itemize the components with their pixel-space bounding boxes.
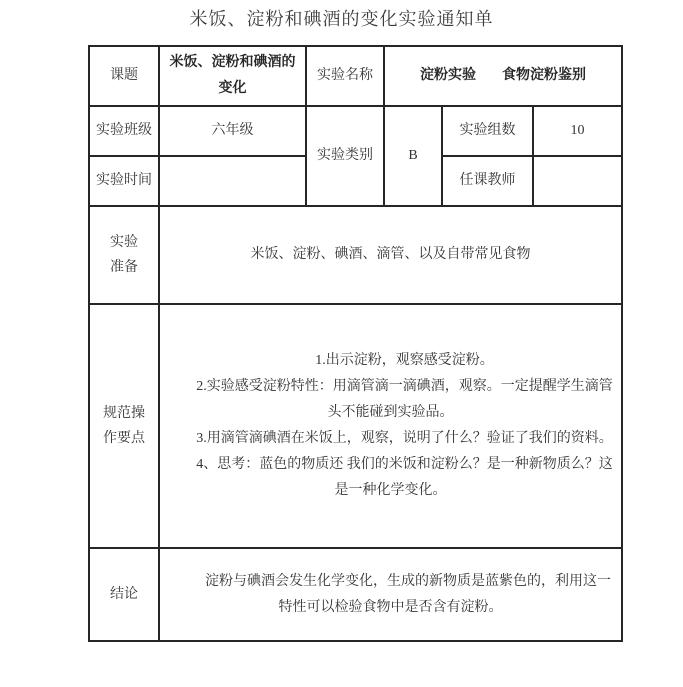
row-preparation: 实验 准备 米饭、淀粉、碘酒、滴管、以及自带常见食物 xyxy=(89,206,622,304)
document-page: 米饭、淀粉和碘酒的变化实验通知单 课题 米饭、淀粉和碘酒的变化 实验名称 淀粉实… xyxy=(0,0,683,687)
exp-name-label-cell: 实验名称 xyxy=(306,46,384,106)
class-value-cell: 六年级 xyxy=(159,106,306,156)
procedure-item: 2.实验感受淀粉特性：用滴管滴一滴碘酒，观察。一定提醒学生滴管头不能碰到实验品。 xyxy=(164,374,617,426)
procedure-item: 4、思考：蓝色的物质还 我们的米饭和淀粉么？是一种新物质么？这是一种化学变化。 xyxy=(164,452,617,504)
prep-label-cell: 实验 准备 xyxy=(89,206,159,304)
time-label-cell: 实验时间 xyxy=(89,156,159,206)
document-title: 米饭、淀粉和碘酒的变化实验通知单 xyxy=(0,5,683,31)
time-value-cell xyxy=(159,156,306,206)
procedure-content-cell: 1.出示淀粉，观察感受淀粉。 2.实验感受淀粉特性：用滴管滴一滴碘酒，观察。一定… xyxy=(159,304,622,548)
category-label-cell: 实验类别 xyxy=(306,106,384,206)
groups-value-cell: 10 xyxy=(533,106,622,156)
exp-name-value-1: 淀粉实验 xyxy=(420,68,476,83)
exp-name-value-2: 食物淀粉鉴别 xyxy=(502,68,586,83)
conclusion-label-cell: 结论 xyxy=(89,548,159,641)
topic-label-cell: 课题 xyxy=(89,46,159,106)
conclusion-content-cell: 淀粉与碘酒会发生化学变化，生成的新物质是蓝紫色的，利用这一特性可以检验食物中是否… xyxy=(159,548,622,641)
procedure-item: 3.用滴管滴碘酒在米饭上，观察，说明了什么？验证了我们的资料。 xyxy=(164,426,617,452)
category-value-cell: B xyxy=(384,106,442,206)
procedure-label-cell: 规范操 作要点 xyxy=(89,304,159,548)
row-procedure: 规范操 作要点 1.出示淀粉，观察感受淀粉。 2.实验感受淀粉特性：用滴管滴一滴… xyxy=(89,304,622,548)
teacher-label-cell: 任课教师 xyxy=(442,156,533,206)
row-class: 实验班级 六年级 实验类别 B 实验组数 10 xyxy=(89,106,622,156)
prep-content-cell: 米饭、淀粉、碘酒、滴管、以及自带常见食物 xyxy=(159,206,622,304)
procedure-item: 1.出示淀粉，观察感受淀粉。 xyxy=(164,348,617,374)
prep-label: 实验 准备 xyxy=(94,230,154,280)
prep-content: 米饭、淀粉、碘酒、滴管、以及自带常见食物 xyxy=(164,242,617,268)
class-label-cell: 实验班级 xyxy=(89,106,159,156)
topic-value-cell: 米饭、淀粉和碘酒的变化 xyxy=(159,46,306,106)
exp-name-value-cell: 淀粉实验食物淀粉鉴别 xyxy=(384,46,622,106)
conclusion-content: 淀粉与碘酒会发生化学变化，生成的新物质是蓝紫色的，利用这一特性可以检验食物中是否… xyxy=(164,569,617,621)
teacher-value-cell xyxy=(533,156,622,206)
row-topic: 课题 米饭、淀粉和碘酒的变化 实验名称 淀粉实验食物淀粉鉴别 xyxy=(89,46,622,106)
groups-label-cell: 实验组数 xyxy=(442,106,533,156)
procedure-label: 规范操 作要点 xyxy=(94,401,154,451)
experiment-notice-table: 课题 米饭、淀粉和碘酒的变化 实验名称 淀粉实验食物淀粉鉴别 实验班级 六年级 … xyxy=(88,45,623,642)
row-conclusion: 结论 淀粉与碘酒会发生化学变化，生成的新物质是蓝紫色的，利用这一特性可以检验食物… xyxy=(89,548,622,641)
